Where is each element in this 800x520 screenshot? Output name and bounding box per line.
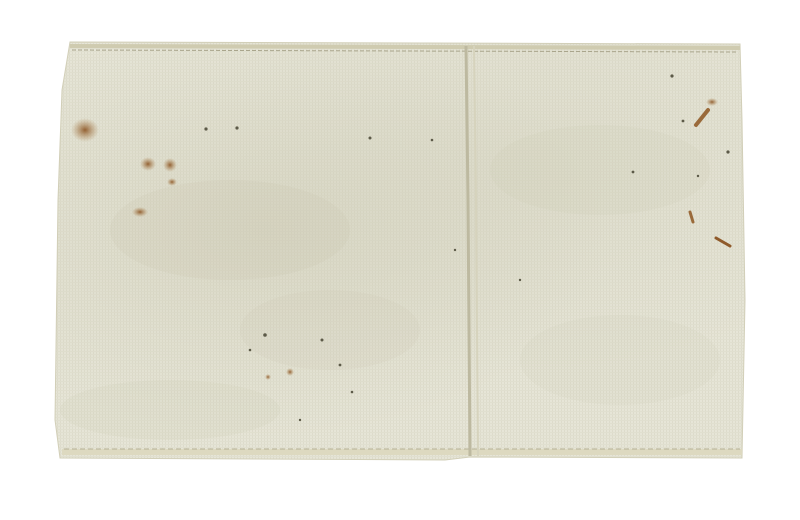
cloth-body — [55, 42, 745, 460]
bottom-hem-stitching — [62, 449, 742, 452]
cloth-armband-photo — [0, 0, 800, 520]
